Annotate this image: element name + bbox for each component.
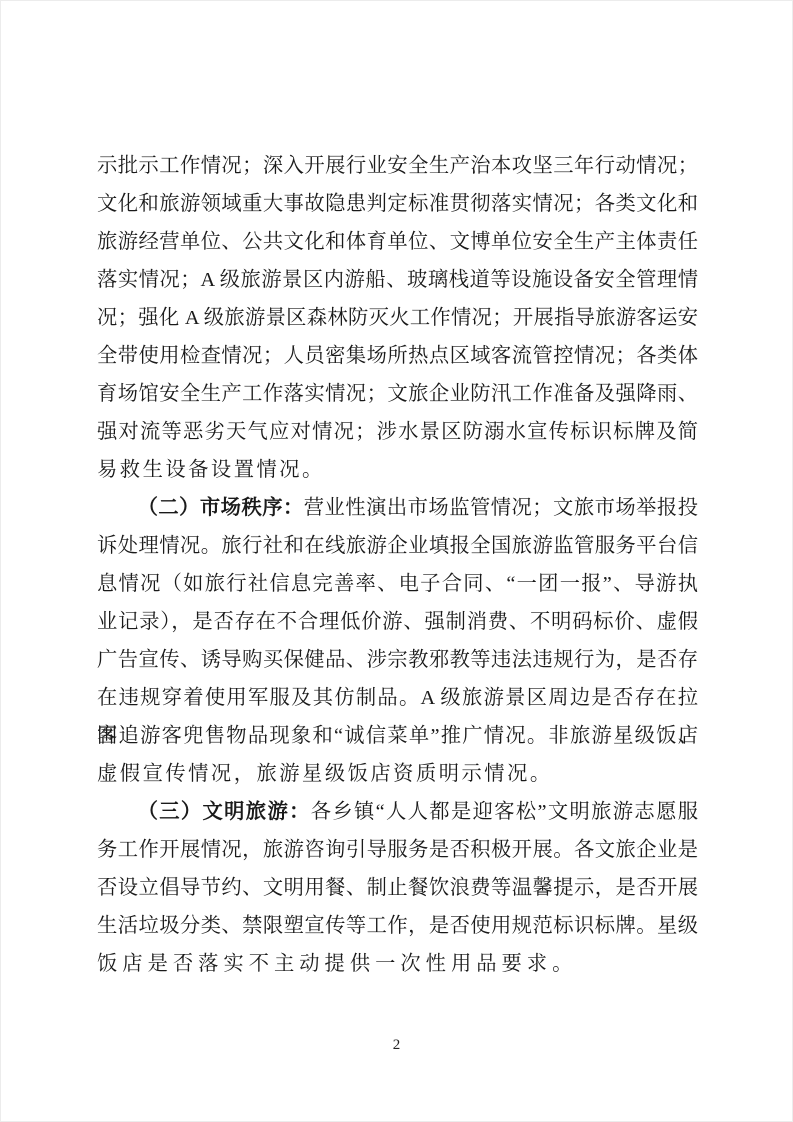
page-number: 2 <box>1 1033 792 1057</box>
text-line: （二）市场秩序：营业性演出市场监管情况；文旅市场举报投 <box>97 489 698 527</box>
line-text: 生活垃圾分类、禁限塑宣传等工作，是否使用规范标识标牌。星级 <box>97 915 698 937</box>
text-line: （三）文明旅游：各乡镇“人人都是迎客松”文明旅游志愿服 <box>97 793 698 831</box>
line-text: 易救生设备设置情况。 <box>97 459 325 481</box>
line-text: 文化和旅游领域重大事故隐患判定标准贯彻落实情况；各类文化和 <box>97 193 698 215</box>
line-text: 落实情况；A 级旅游景区内游船、玻璃栈道等设施设备安全管理情 <box>97 269 698 291</box>
text-line: 易救生设备设置情况。 <box>97 451 698 489</box>
text-line: 生活垃圾分类、禁限塑宣传等工作，是否使用规范标识标牌。星级 <box>97 907 698 945</box>
text-line: 况；强化 A 级旅游景区森林防灭火工作情况；开展指导旅游客运安 <box>97 299 698 337</box>
text-line: 否设立倡导节约、文明用餐、制止餐饮浪费等温馨提示，是否开展 <box>97 869 698 907</box>
line-text: 示批示工作情况；深入开展行业安全生产治本攻坚三年行动情况； <box>97 155 698 177</box>
line-text: 广告宣传、诱导购买保健品、涉宗教邪教等违法违规行为，是否存 <box>97 649 698 671</box>
line-text: 全带使用检查情况；人员密集场所热点区域客流管控情况；各类体 <box>97 345 698 367</box>
text-line: 文化和旅游领域重大事故隐患判定标准贯彻落实情况；各类文化和 <box>97 185 698 223</box>
line-text: 务工作开展情况，旅游咨询引导服务是否积极开展。各文旅企业是 <box>97 839 698 861</box>
text-line: 广告宣传、诱导购买保健品、涉宗教邪教等违法违规行为，是否存 <box>97 641 698 679</box>
section-heading-civilized-tourism: （三）文明旅游： <box>138 801 311 823</box>
text-line: 围追游客兜售物品现象和“诚信菜单”推广情况。非旅游星级饭店 <box>97 717 698 755</box>
text-line: 旅游经营单位、公共文化和体育单位、文博单位安全生产主体责任 <box>97 223 698 261</box>
text-line: 诉处理情况。旅行社和在线旅游企业填报全国旅游监管服务平台信 <box>97 527 698 565</box>
text-line: 务工作开展情况，旅游咨询引导服务是否积极开展。各文旅企业是 <box>97 831 698 869</box>
text-line: 息情况（如旅行社信息完善率、电子合同、“一团一报”、导游执 <box>97 565 698 603</box>
text-line: 示批示工作情况；深入开展行业安全生产治本攻坚三年行动情况； <box>97 147 698 185</box>
line-text: 各乡镇“人人都是迎客松”文明旅游志愿服 <box>311 801 698 823</box>
line-text: 营业性演出市场监管情况；文旅市场举报投 <box>304 497 698 519</box>
text-line: 虚假宣传情况，旅游星级饭店资质明示情况。 <box>97 755 698 793</box>
document-body-text: 示批示工作情况；深入开展行业安全生产治本攻坚三年行动情况； 文化和旅游领域重大事… <box>97 147 698 983</box>
text-line: 饭店是否落实不主动提供一次性用品要求。 <box>97 945 698 983</box>
text-line: 业记录），是否存在不合理低价游、强制消费、不明码标价、虚假 <box>97 603 698 641</box>
line-text: 旅游经营单位、公共文化和体育单位、文博单位安全生产主体责任 <box>97 231 698 253</box>
text-line: 在违规穿着使用军服及其仿制品。A 级旅游景区周边是否存在拉客、 <box>97 679 698 717</box>
text-line: 全带使用检查情况；人员密集场所热点区域客流管控情况；各类体 <box>97 337 698 375</box>
line-text: 息情况（如旅行社信息完善率、电子合同、“一团一报”、导游执 <box>97 573 698 595</box>
line-text: 育场馆安全生产工作落实情况；文旅企业防汛工作准备及强降雨、 <box>97 383 698 405</box>
line-text: 虚假宣传情况，旅游星级饭店资质明示情况。 <box>97 763 553 785</box>
document-page: 示批示工作情况；深入开展行业安全生产治本攻坚三年行动情况； 文化和旅游领域重大事… <box>0 0 793 1122</box>
line-text: 诉处理情况。旅行社和在线旅游企业填报全国旅游监管服务平台信 <box>97 535 698 557</box>
line-text: 否设立倡导节约、文明用餐、制止餐饮浪费等温馨提示，是否开展 <box>97 877 698 899</box>
line-text: 饭店是否落实不主动提供一次性用品要求。 <box>97 953 577 975</box>
text-line: 育场馆安全生产工作落实情况；文旅企业防汛工作准备及强降雨、 <box>97 375 698 413</box>
text-line: 落实情况；A 级旅游景区内游船、玻璃栈道等设施设备安全管理情 <box>97 261 698 299</box>
line-text: 强对流等恶劣天气应对情况；涉水景区防溺水宣传标识标牌及简 <box>97 421 698 443</box>
line-text: 况；强化 A 级旅游景区森林防灭火工作情况；开展指导旅游客运安 <box>97 307 698 329</box>
line-text: 围追游客兜售物品现象和“诚信菜单”推广情况。非旅游星级饭店 <box>97 725 698 747</box>
section-heading-market-order: （二）市场秩序： <box>138 497 304 519</box>
text-line: 强对流等恶劣天气应对情况；涉水景区防溺水宣传标识标牌及简 <box>97 413 698 451</box>
line-text: 业记录），是否存在不合理低价游、强制消费、不明码标价、虚假 <box>97 611 698 633</box>
